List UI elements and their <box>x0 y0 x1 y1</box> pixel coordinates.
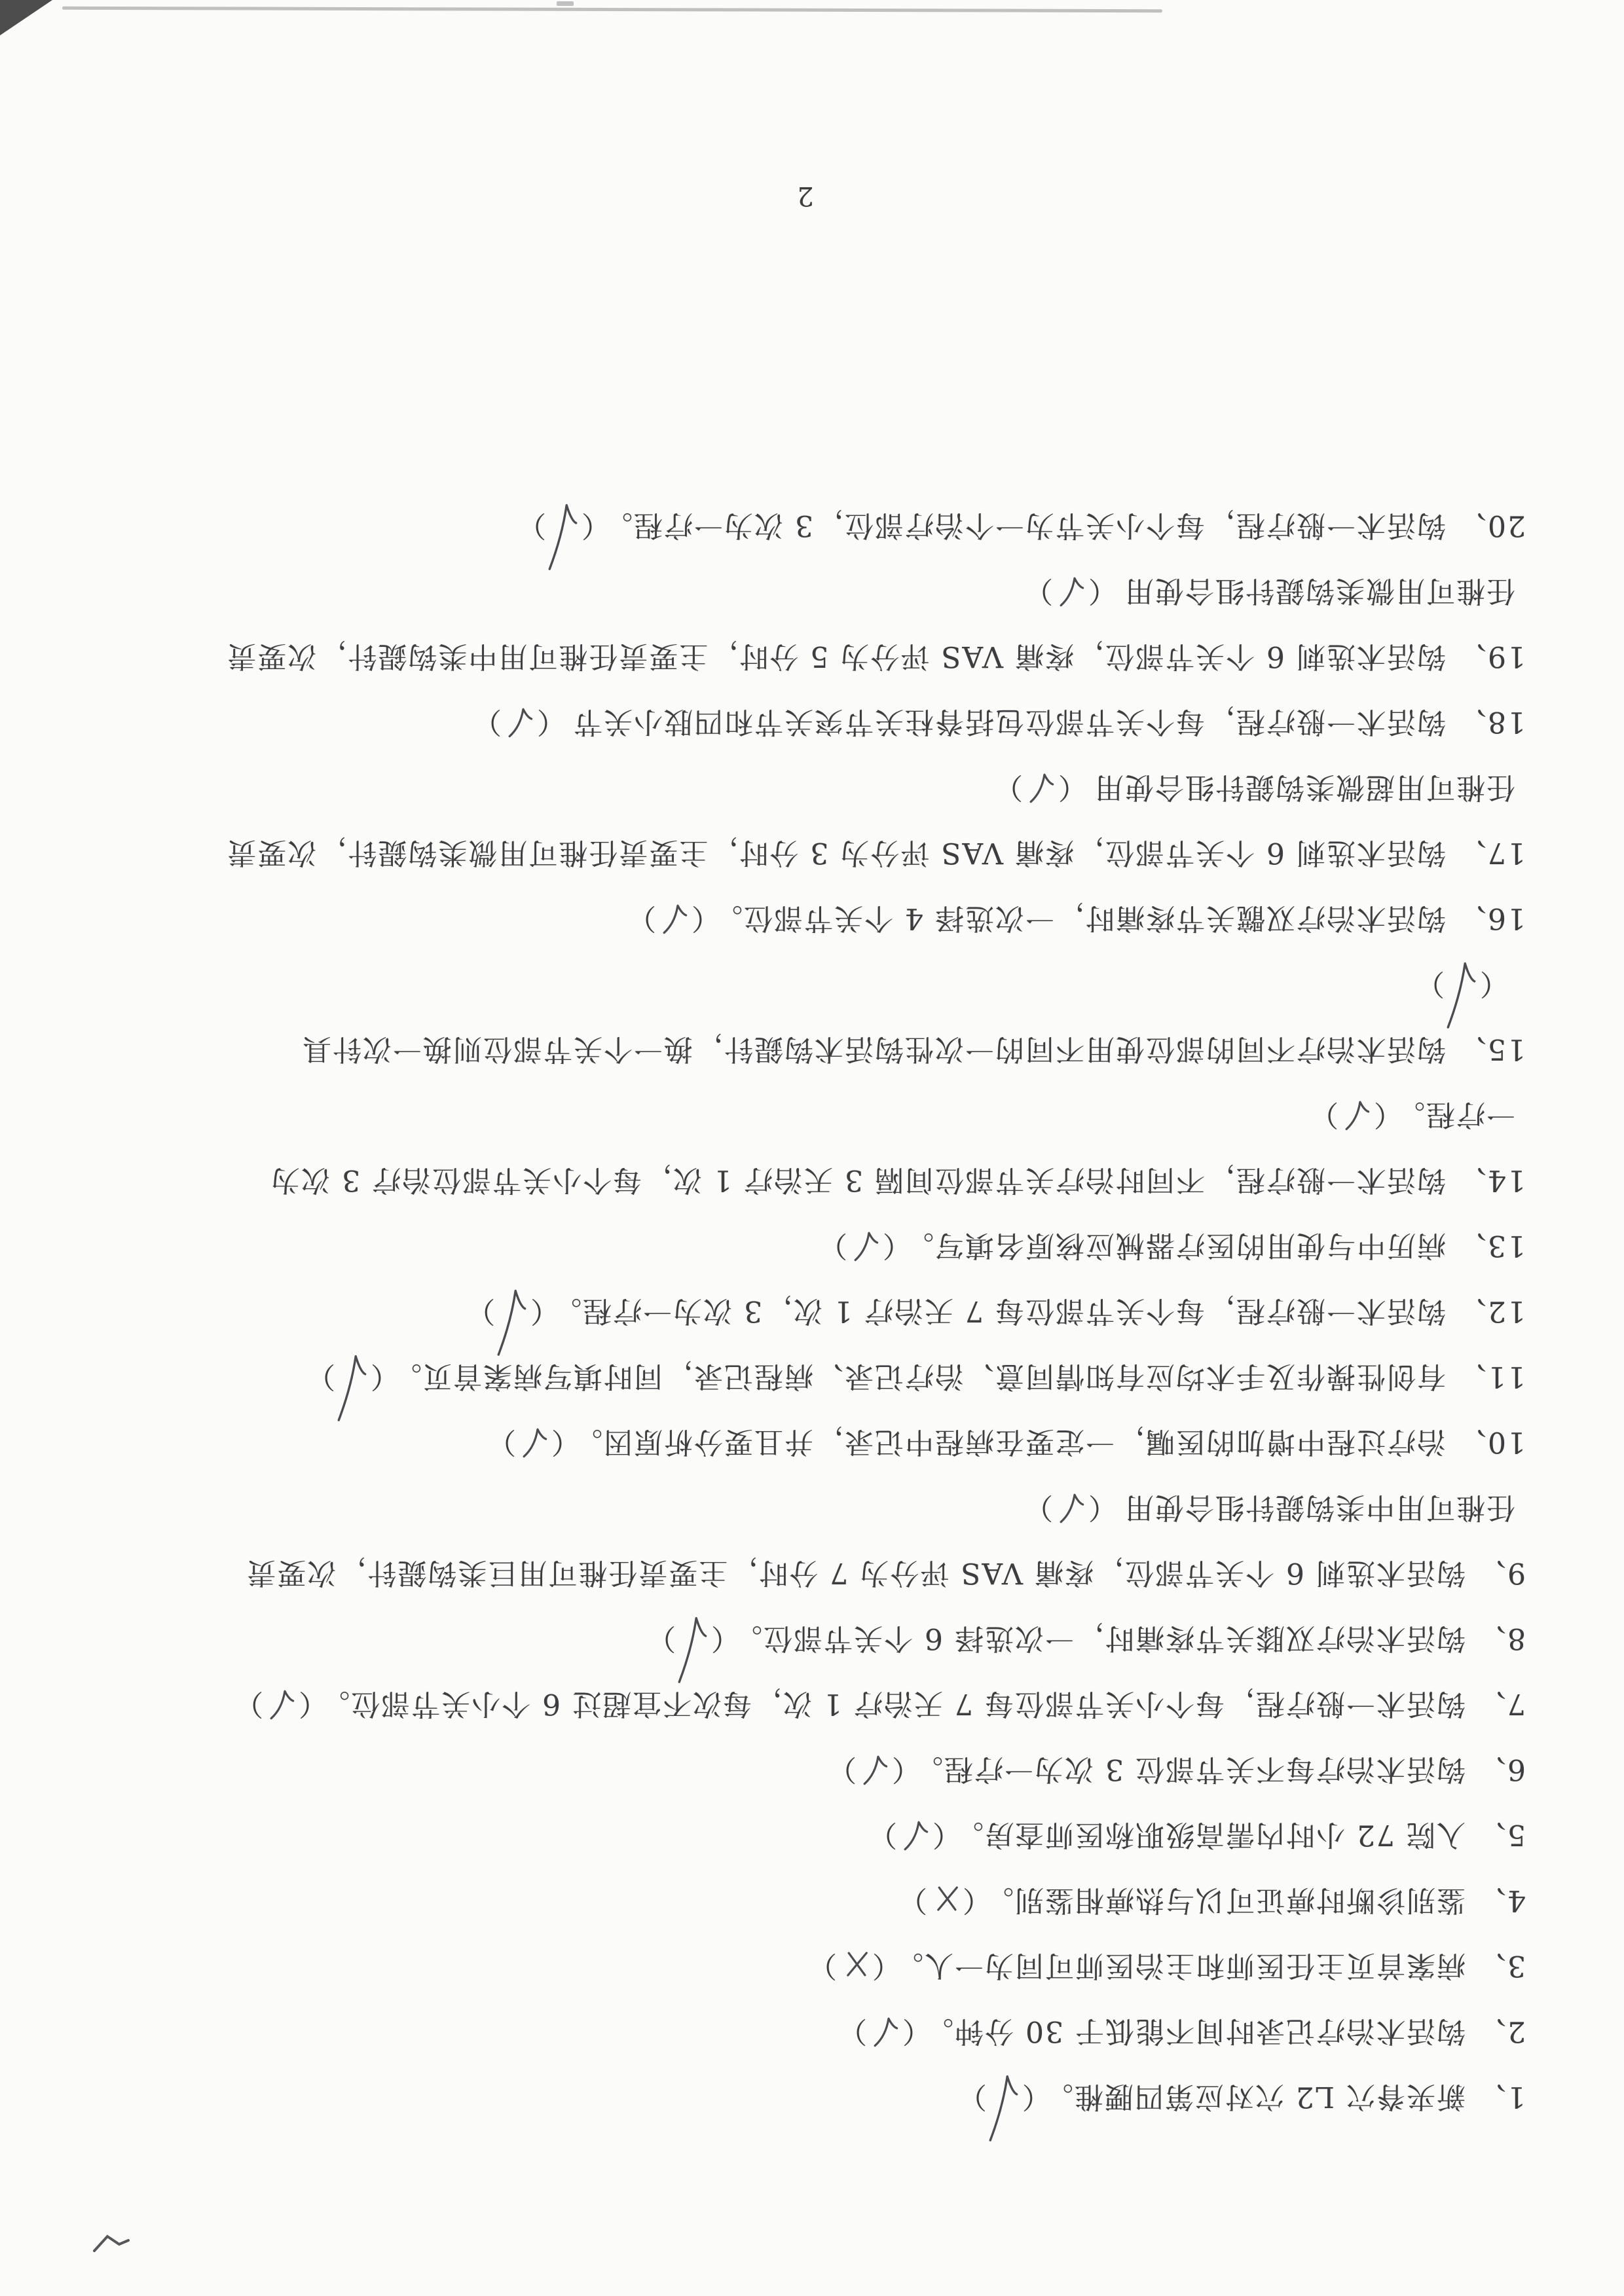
question-line: 13、病历中与使用的医疗器械应核原名填写。（ ） <box>85 1212 1526 1278</box>
question-line: 14、钩活术一般疗程，不同时治疗关节部位间隔 3 天治疗 1 次，每个小关节部位… <box>85 1147 1526 1212</box>
answer-area: （ ） <box>993 771 1087 804</box>
answer-check-mark <box>1054 1490 1088 1526</box>
answer-check-mark <box>265 1686 298 1722</box>
answer-paren-close: ） <box>837 2014 867 2048</box>
question-line: 9、钩活术选刺 6 个关节部位，疼痛 VAS 评分为 7 分时，主要责任椎可用巨… <box>85 1540 1526 1605</box>
answer-mark-box <box>867 2018 901 2048</box>
answer-cross-mark <box>842 1949 870 1981</box>
answer-area: （ ） <box>1414 967 1509 1000</box>
answer-check-mark <box>1340 1097 1373 1133</box>
answer-paren-open: （ <box>1479 967 1509 1000</box>
page-number: 2 <box>85 181 1526 211</box>
answer-paren-open: （ <box>1057 771 1087 804</box>
item-text: 有创性操作及手术均应有知情同意、治疗记录、病程记录，同时填写病案首页。 <box>392 1360 1446 1393</box>
answer-area: （ ） <box>233 1687 313 1721</box>
answer-area: （ ） <box>807 1949 887 1982</box>
answer-check-mark <box>675 1622 710 1660</box>
item-number: 7、 <box>1476 1671 1526 1736</box>
answer-check-mark <box>898 1817 932 1853</box>
answer-area: （ ） <box>1023 574 1117 608</box>
answer-area: （ ） <box>486 1425 566 1459</box>
answer-paren-open: （ <box>369 1360 385 1393</box>
answer-check-mark <box>1444 967 1479 1006</box>
answer-area: （ ） <box>465 1294 545 1328</box>
item-number: 9、 <box>1476 1540 1526 1605</box>
answer-paren-close: ） <box>1308 1098 1338 1131</box>
answer-check-mark <box>335 1360 369 1398</box>
answer-mark-box <box>502 708 536 738</box>
question-line: 4、鉴别诊断时痹证可以与热痹相鉴别。（ ） <box>85 1867 1526 1933</box>
question-list: 1、新夹脊穴 L2 穴对应第四腰椎。（ ）2、钩活术治疗记录时间不能低于 30 … <box>85 492 1526 2129</box>
answer-paren-open: （ <box>1087 574 1117 608</box>
answer-paren-close: ） <box>486 1425 516 1459</box>
item-number: 11、 <box>1456 1343 1526 1409</box>
item-text: 任椎可用微类钩鍉针组合使用 <box>1124 574 1515 608</box>
answer-paren-close: ） <box>626 902 656 935</box>
answer-area: （ ） <box>1308 1098 1388 1131</box>
question-line: 一疗程。（ ） <box>85 1082 1526 1147</box>
item-number: 14、 <box>1456 1147 1526 1212</box>
answer-paren-close: ） <box>465 1294 495 1328</box>
item-number: 10、 <box>1456 1409 1526 1474</box>
answer-check-mark <box>1024 770 1058 806</box>
answer-paren-close: ） <box>807 1949 837 1982</box>
answer-paren-close: ） <box>897 1884 927 1917</box>
answer-paren-close: ） <box>817 1229 847 1262</box>
question-line: 11、有创性操作及手术均应有知情同意、治疗记录、病程记录，同时填写病案首页。（ … <box>85 1343 1526 1409</box>
answer-mark-box <box>1023 774 1057 804</box>
item-number: 4、 <box>1476 1867 1526 1933</box>
answer-paren-open: （ <box>931 1818 947 1851</box>
item-text: 病历中与使用的医疗器械应核原名填写。 <box>904 1229 1446 1262</box>
item-text: 钩活术选刺 6 个关节部位，疼痛 VAS 评分为 7 分时，主要责任椎可用巨类钩… <box>246 1556 1466 1590</box>
answer-area: （ ） <box>305 1360 385 1393</box>
answer-check-mark <box>868 2014 902 2050</box>
corner-pen-mark <box>90 2225 136 2257</box>
question-line: 2、钩活术治疗记录时间不能低于 30 分钟。（ ） <box>85 1998 1526 2064</box>
item-number: 12、 <box>1456 1278 1526 1343</box>
answer-mark-box <box>1445 970 1479 1000</box>
answer-paren-close: ） <box>516 509 546 542</box>
answer-mark-box <box>1053 577 1087 608</box>
item-number: 15、 <box>1456 1016 1526 1082</box>
question-line: 16、钩活术治疗双髋关节疼痛时，一次选择 4 个关节部位。（ ） <box>85 885 1526 951</box>
item-text: 钩活术选刺 6 个关节部位，疼痛 VAS 评分为 3 分时，主要责任椎可用微类钩… <box>226 836 1446 869</box>
answer-mark-box <box>516 1429 550 1459</box>
answer-cross-mark <box>932 1884 961 1916</box>
answer-area: （ ） <box>826 1753 906 1786</box>
answer-area: （ ） <box>817 1229 897 1262</box>
item-number: 3、 <box>1476 1933 1526 1998</box>
answer-paren-open: （ <box>1087 1491 1117 1524</box>
answer-mark-box <box>847 1232 881 1262</box>
item-number: 1、 <box>1476 2064 1526 2129</box>
item-text: 钩活术一般疗程，每个关节部位每 7 天治疗 1 次，3 次为一疗程。 <box>551 1294 1446 1328</box>
answer-paren-open: （ <box>710 1622 726 1655</box>
answer-paren-close: ） <box>957 2080 987 2113</box>
answer-mark-box <box>656 905 690 935</box>
answer-paren-open: （ <box>961 1884 977 1917</box>
answer-paren-open: （ <box>891 1753 906 1786</box>
item-number: 2、 <box>1476 1998 1526 2064</box>
question-line: 任椎可用超微类钩鍉针组合使用（ ） <box>85 754 1526 820</box>
item-text: 钩活术治疗不同的部位使用不同的一次性钩活术钩鍉针，换一个关节部位则换一次针具 <box>301 1032 1446 1066</box>
answer-mark-box <box>837 1952 871 1982</box>
answer-area: （ ） <box>897 1884 977 1917</box>
answer-paren-open: （ <box>297 1687 313 1721</box>
item-text: 钩活术一般疗程，每个小关节为一个治疗部位，3 次为一疗程。 <box>602 509 1446 542</box>
item-number: 20、 <box>1456 492 1526 558</box>
answer-paren-open: （ <box>881 1229 897 1262</box>
answer-mark-box <box>1338 1101 1373 1131</box>
question-line: 任椎可用微类钩鍉针组合使用（ ） <box>85 558 1526 623</box>
question-line: 12、钩活术一般疗程，每个关节部位每 7 天治疗 1 次，3 次为一疗程。（ ） <box>85 1278 1526 1343</box>
answer-check-mark <box>494 1294 529 1333</box>
answer-area: （ ） <box>837 2014 917 2048</box>
item-number: 16、 <box>1456 885 1526 951</box>
answer-check-mark <box>657 901 691 937</box>
question-line: 5、入院 72 小时内需高级职称医师查房。（ ） <box>85 1802 1526 1867</box>
item-text: 钩活术治疗每不关节部位 3 次为一疗程。 <box>913 1753 1466 1786</box>
answer-paren-open: （ <box>536 705 566 738</box>
answer-check-mark <box>545 509 580 547</box>
answer-paren-close: ） <box>826 1753 857 1786</box>
answer-paren-open: （ <box>1021 2080 1037 2113</box>
question-line: 17、钩活术选刺 6 个关节部位，疼痛 VAS 评分为 3 分时，主要责任椎可用… <box>85 820 1526 885</box>
answer-paren-close: ） <box>1414 967 1445 1000</box>
item-text: 任椎可用中类钩鍉针组合使用 <box>1124 1491 1515 1524</box>
item-text: 钩活术治疗双髋关节疼痛时，一次选择 4 个关节部位。 <box>712 902 1446 935</box>
document-sheet: 1、新夹脊穴 L2 穴对应第四腰椎。（ ）2、钩活术治疗记录时间不能低于 30 … <box>0 0 1624 2296</box>
answer-paren-open: （ <box>901 2014 917 2048</box>
item-text: 钩活术选刺 6 个关节部位，疼痛 VAS 评分为 5 分时，主要责任椎可用中类钩… <box>226 640 1446 673</box>
item-text: 钩活术一般疗程，每个关节部位包括脊柱关节突关节和四肢小关节 <box>572 705 1446 738</box>
item-number: 19、 <box>1456 623 1526 689</box>
answer-area: （ ） <box>516 509 596 542</box>
answer-check-mark <box>517 1425 551 1461</box>
question-line: 18、钩活术一般疗程，每个关节部位包括脊柱关节突关节和四肢小关节（ ） <box>85 689 1526 754</box>
question-line: 20、钩活术一般疗程，每个小关节为一个治疗部位，3 次为一疗程。（ ） <box>85 492 1526 558</box>
question-line: 8、钩活术治疗双膝关节疼痛时，一次选择 6 个关节部位。（ ） <box>85 1605 1526 1671</box>
item-text: 一疗程。 <box>1395 1098 1515 1131</box>
question-line: 3、病案首页主任医师和主治医师可同为一人。（ ） <box>85 1933 1526 1998</box>
answer-check-mark <box>503 704 536 740</box>
answer-paren-open: （ <box>1373 1098 1388 1131</box>
answer-paren-open: （ <box>550 1425 566 1459</box>
answer-mark-box <box>857 1756 891 1786</box>
answer-mark-box <box>987 2083 1021 2113</box>
answer-area: （ ） <box>646 1622 726 1655</box>
answer-mark-box <box>263 1690 297 1721</box>
answer-area: （ ） <box>1023 1491 1117 1524</box>
answer-check-mark <box>1054 574 1088 610</box>
answer-paren-open: （ <box>580 509 596 542</box>
item-number: 6、 <box>1476 1736 1526 1802</box>
item-number: 17、 <box>1456 820 1526 885</box>
answer-mark-box <box>927 1887 961 1917</box>
answer-paren-close: ） <box>305 1360 335 1393</box>
answer-check-mark <box>986 2080 1020 2119</box>
item-number: 13、 <box>1456 1212 1526 1278</box>
question-line: 任椎可用中类钩鍉针组合使用（ ） <box>85 1474 1526 1540</box>
item-text: 鉴别诊断时痹证可以与热痹相鉴别。 <box>984 1884 1466 1917</box>
answer-mark-box <box>335 1363 369 1393</box>
answer-paren-open: （ <box>871 1949 887 1982</box>
answer-paren-close: ） <box>1023 574 1053 608</box>
question-line: 7、钩活术一般疗程，每个小关节部位每 7 天治疗 1 次，每次不宜超过 6 个小… <box>85 1671 1526 1736</box>
answer-area: （ ） <box>867 1818 947 1851</box>
question-line: 10、治疗过程中增加的医嘱，一定要在病程中记录，并且要分析原因。（ ） <box>85 1409 1526 1474</box>
answer-paren-close: ） <box>1023 1491 1053 1524</box>
scan-edge-nub <box>557 1 574 6</box>
answer-mark-box <box>676 1625 710 1655</box>
item-text: 入院 72 小时内需高级职称医师查房。 <box>953 1818 1466 1851</box>
item-text: 治疗过程中增加的医嘱，一定要在病程中记录，并且要分析原因。 <box>572 1425 1446 1459</box>
answer-mark-box <box>1053 1494 1087 1524</box>
answer-mark-box <box>495 1298 529 1328</box>
scanned-document: { "page": { "number": "2", "ink_color": … <box>0 0 1624 2296</box>
item-number: 8、 <box>1476 1605 1526 1671</box>
item-number: 5、 <box>1476 1802 1526 1867</box>
answer-area: （ ） <box>626 902 706 935</box>
item-text: 钩活术治疗双膝关节疼痛时，一次选择 6 个关节部位。 <box>732 1622 1466 1655</box>
answer-check-mark <box>858 1752 891 1788</box>
question-line: 15、钩活术治疗不同的部位使用不同的一次性钩活术钩鍉针，换一个关节部位则换一次针… <box>85 1016 1526 1082</box>
question-line: （ ） <box>85 951 1526 1016</box>
item-text: 病案首页主任医师和主治医师可同为一人。 <box>893 1949 1466 1982</box>
answer-mark-box <box>546 512 580 542</box>
question-line: 1、新夹脊穴 L2 穴对应第四腰椎。（ ） <box>85 2064 1526 2129</box>
answer-area: （ ） <box>957 2080 1037 2113</box>
item-text: 钩活术治疗记录时间不能低于 30 分钟。 <box>923 2014 1466 2048</box>
item-text: 任椎可用超微类钩鍉针组合使用 <box>1094 771 1515 804</box>
item-text: 钩活术一般疗程，不同时治疗关节部位间隔 3 天治疗 1 次，每个小关节部位治疗 … <box>270 1163 1446 1197</box>
item-text: 新夹脊穴 L2 穴对应第四腰椎。 <box>1043 2080 1466 2113</box>
item-text: 钩活术一般疗程，每个小关节部位每 7 天治疗 1 次，每次不宜超过 6 个小关节… <box>320 1687 1466 1721</box>
answer-paren-close: ） <box>993 771 1023 804</box>
answer-paren-close: ） <box>471 705 502 738</box>
item-number: 18、 <box>1456 689 1526 754</box>
answer-mark-box <box>897 1821 931 1851</box>
answer-paren-close: ） <box>867 1818 897 1851</box>
answer-paren-close: ） <box>233 1687 263 1721</box>
answer-check-mark <box>849 1228 882 1264</box>
answer-paren-close: ） <box>646 1622 676 1655</box>
answer-area: （ ） <box>471 705 566 738</box>
question-line: 19、钩活术选刺 6 个关节部位，疼痛 VAS 评分为 5 分时，主要责任椎可用… <box>85 623 1526 689</box>
question-line: 6、钩活术治疗每不关节部位 3 次为一疗程。（ ） <box>85 1736 1526 1802</box>
answer-paren-open: （ <box>529 1294 545 1328</box>
answer-paren-open: （ <box>690 902 706 935</box>
